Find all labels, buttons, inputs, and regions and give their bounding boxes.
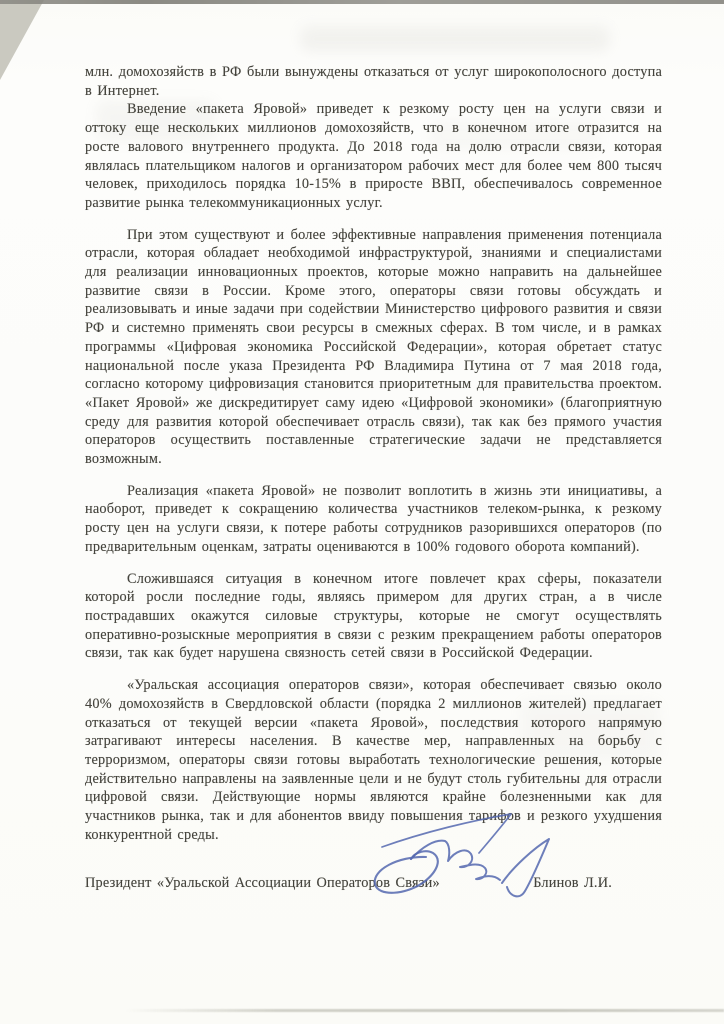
bleed-through-smudge bbox=[300, 26, 610, 52]
scanner-top-edge bbox=[0, 0, 724, 4]
handwritten-signature-icon bbox=[352, 810, 566, 934]
paragraph: Сложившаяся ситуация в конечном итоге по… bbox=[85, 570, 662, 664]
scanned-letter-page: млн. домохозяйств в РФ были вынуждены от… bbox=[0, 0, 724, 1024]
paragraph: Реализация «пакета Яровой» не позволит в… bbox=[85, 482, 662, 557]
paragraph: При этом существуют и более эффективные … bbox=[85, 226, 662, 469]
letter-body: млн. домохозяйств в РФ были вынуждены от… bbox=[85, 63, 662, 893]
paragraph-continuation: млн. домохозяйств в РФ были вынуждены от… bbox=[85, 63, 662, 100]
page-bottom-edge-shadow bbox=[125, 1009, 724, 1012]
paragraph: Введение «пакета Яровой» приведет к резк… bbox=[85, 100, 662, 212]
